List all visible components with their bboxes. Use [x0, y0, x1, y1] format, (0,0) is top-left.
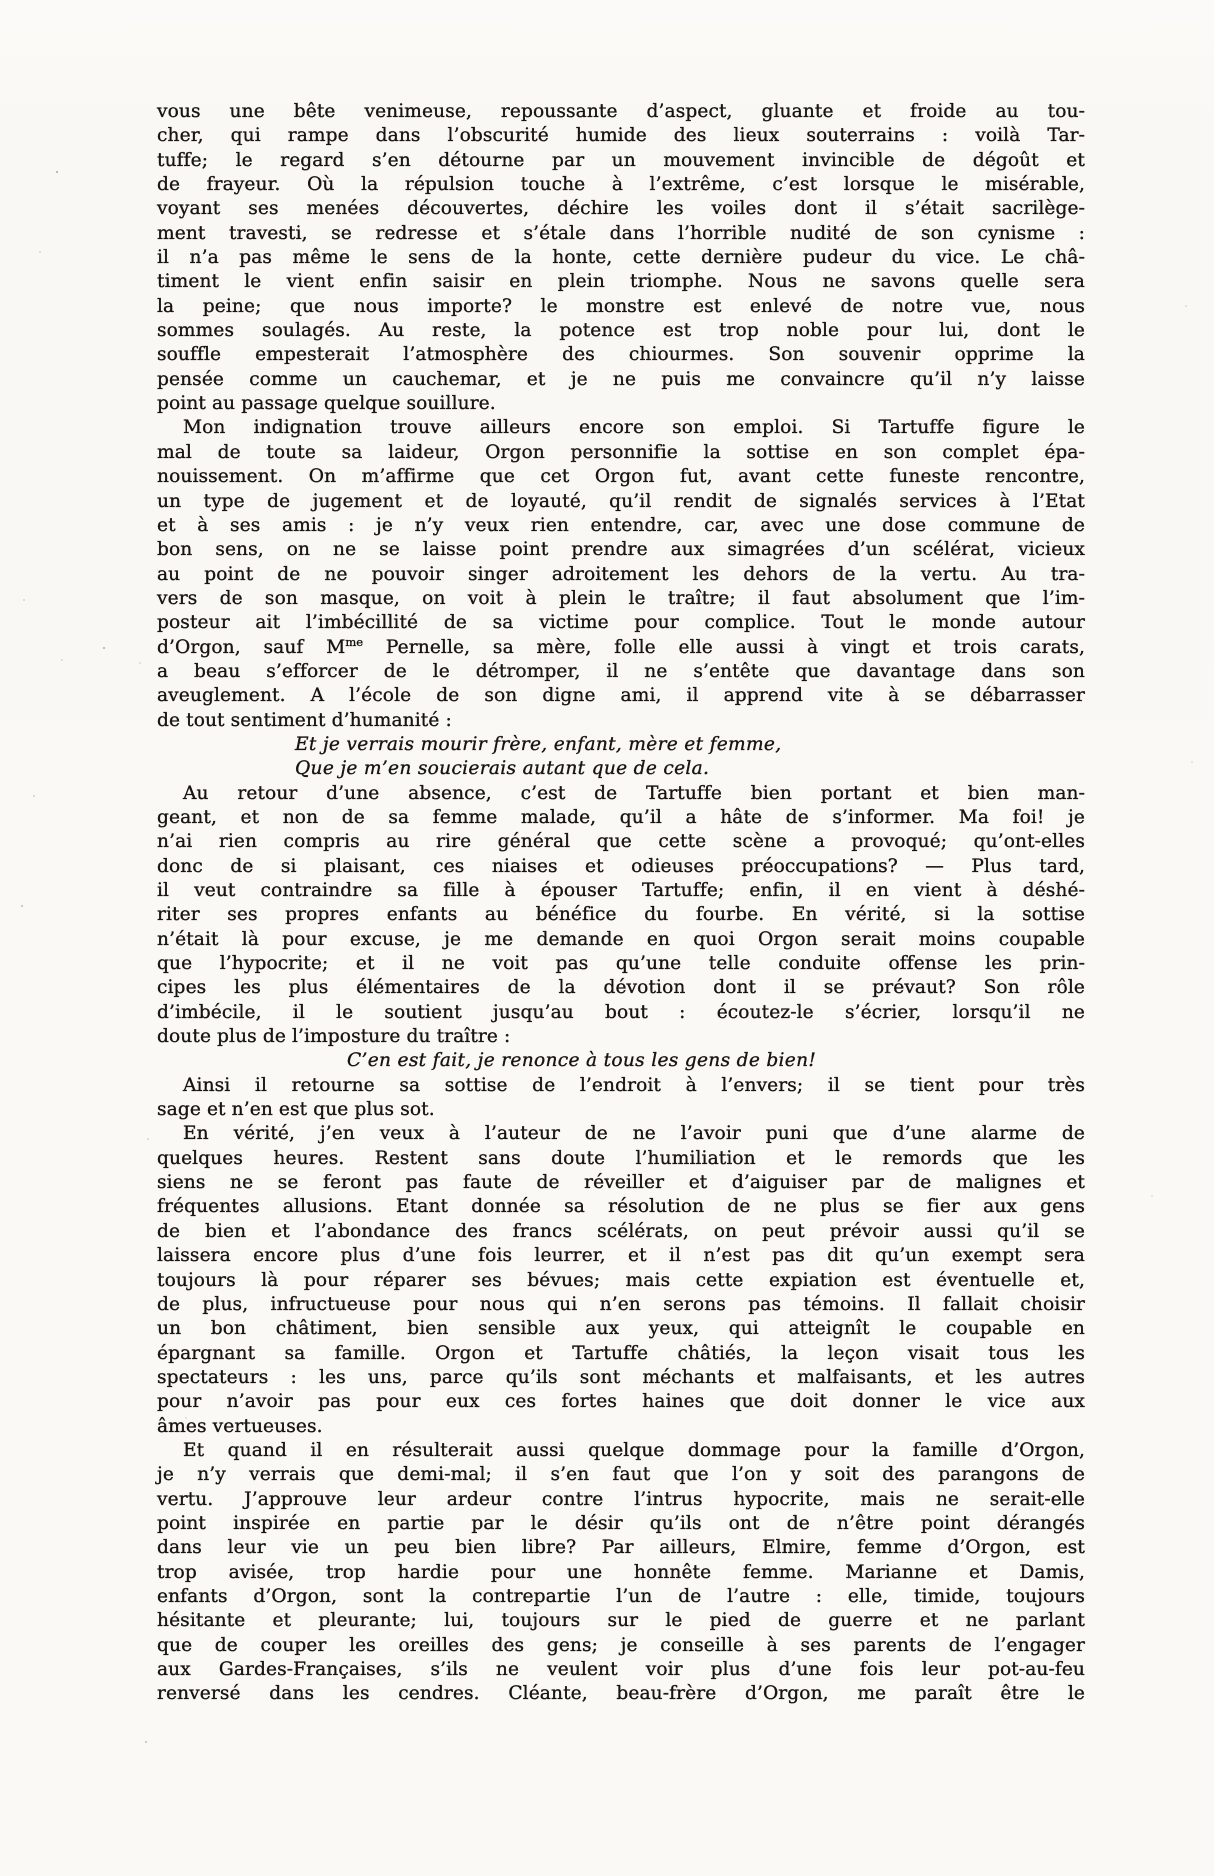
text-line: que de couper les oreilles des gens; je … [157, 1634, 1085, 1658]
text-line: toujours là pour réparer ses bévues; mai… [157, 1269, 1085, 1293]
text-line: vers de son masque, on voit à plein le t… [157, 587, 1085, 611]
text-line: Au retour d’une absence, c’est de Tartuf… [157, 782, 1085, 806]
text-line: de frayeur. Où la répulsion touche à l’e… [157, 173, 1085, 197]
text-line: timent le vient enfin saisir en plein tr… [157, 270, 1085, 294]
text-line: tuffe; le regard s’en détourne par un mo… [157, 149, 1085, 173]
text-line: Et je verrais mourir frère, enfant, mère… [295, 733, 1085, 757]
text-line: posteur ait l’imbécillité de sa victime … [157, 611, 1085, 635]
text-line: fréquentes allusions. Etant donnée sa ré… [157, 1195, 1085, 1219]
text-line: pour n’avoir pas pour eux ces fortes hai… [157, 1390, 1085, 1414]
text-line: de plus, infructueuse pour nous qui n’en… [157, 1293, 1085, 1317]
text-line: Mon indignation trouve ailleurs encore s… [157, 416, 1085, 440]
text-line: spectateurs : les uns, parce qu’ils sont… [157, 1366, 1085, 1390]
verse-quote: Et je verrais mourir frère, enfant, mère… [157, 733, 1085, 782]
text-line: et à ses amis : je n’y veux rien entendr… [157, 514, 1085, 538]
text-line: que l’hypocrite; et il ne voit pas qu’un… [157, 952, 1085, 976]
text-line: laissera encore plus d’une fois leurrer,… [157, 1244, 1085, 1268]
text-line: un bon châtiment, bien sensible aux yeux… [157, 1317, 1085, 1341]
page-text: vous une bête venimeuse, repoussante d’a… [157, 100, 1085, 1707]
text-line: siens ne se feront pas faute de réveille… [157, 1171, 1085, 1195]
text-line: dans leur vie un peu bien libre? Par ail… [157, 1536, 1085, 1560]
paragraph: Au retour d’une absence, c’est de Tartuf… [157, 782, 1085, 1050]
text-line: riter ses propres enfants au bénéfice du… [157, 903, 1085, 927]
text-line: de tout sentiment d’humanité : [157, 709, 1085, 733]
text-line: pensée comme un cauchemar, et je ne puis… [157, 368, 1085, 392]
text-line: nouissement. On m’affirme que cet Orgon … [157, 465, 1085, 489]
text-line: point inspirée en partie par le désir qu… [157, 1512, 1085, 1536]
text-line: enfants d’Orgon, sont la contrepartie l’… [157, 1585, 1085, 1609]
scanned-book-page: { "page": { "type": "scanned-book-page",… [0, 0, 1214, 1876]
text-line: point au passage quelque souillure. [157, 392, 1085, 416]
text-line: souffle empesterait l’atmosphère des chi… [157, 343, 1085, 367]
text-line: cher, qui rampe dans l’obscurité humide … [157, 124, 1085, 148]
text-line: vertu. J’approuve leur ardeur contre l’i… [157, 1488, 1085, 1512]
text-line: d’imbécile, il le soutient jusqu’au bout… [157, 1001, 1085, 1025]
verse-quote: C’en est fait, je renonce à tous les gen… [157, 1049, 1085, 1073]
text-line: trop avisée, trop hardie pour une honnêt… [157, 1561, 1085, 1585]
text-line: a beau s’efforcer de le détromper, il ne… [157, 660, 1085, 684]
text-line: Ainsi il retourne sa sottise de l’endroi… [157, 1074, 1085, 1098]
text-line: au point de ne pouvoir singer adroitemen… [157, 563, 1085, 587]
text-line: renversé dans les cendres. Cléante, beau… [157, 1682, 1085, 1706]
text-line: donc de si plaisant, ces niaises et odie… [157, 855, 1085, 879]
text-line: geant, et non de sa femme malade, qu’il … [157, 806, 1085, 830]
text-line: hésitante et pleurante; lui, toujours su… [157, 1609, 1085, 1633]
text-line: je n’y verrais que demi-mal; il s’en fau… [157, 1463, 1085, 1487]
text-line: n’était là pour excuse, je me demande en… [157, 928, 1085, 952]
text-line: voyant ses menées découvertes, déchire l… [157, 197, 1085, 221]
text-line: aveuglement. A l’école de son digne ami,… [157, 684, 1085, 708]
text-line: doute plus de l’imposture du traître : [157, 1025, 1085, 1049]
text-line: ment travesti, se redresse et s’étale da… [157, 222, 1085, 246]
text-line: mal de toute sa laideur, Orgon personnif… [157, 441, 1085, 465]
text-line: cipes les plus élémentaires de la dévoti… [157, 976, 1085, 1000]
text-line: la peine; que nous importe? le monstre e… [157, 295, 1085, 319]
text-line: épargnant sa famille. Orgon et Tartuffe … [157, 1342, 1085, 1366]
paragraph: Et quand il en résulterait aussi quelque… [157, 1439, 1085, 1707]
text-line: vous une bête venimeuse, repoussante d’a… [157, 100, 1085, 124]
text-line: un type de jugement et de loyauté, qu’il… [157, 490, 1085, 514]
paragraph: Ainsi il retourne sa sottise de l’endroi… [157, 1074, 1085, 1123]
text-line: sommes soulagés. Au reste, la potence es… [157, 319, 1085, 343]
paragraph: En vérité, j’en veux à l’auteur de ne l’… [157, 1122, 1085, 1438]
text-line: il n’a pas même le sens de la honte, cet… [157, 246, 1085, 270]
text-line: Que je m’en soucierais autant que de cel… [295, 757, 1085, 781]
superscript-text: me [345, 634, 363, 648]
paragraph: vous une bête venimeuse, repoussante d’a… [157, 100, 1085, 416]
text-line: aux Gardes-Françaises, s’ils ne veulent … [157, 1658, 1085, 1682]
text-line: n’ai rien compris au rire général que ce… [157, 830, 1085, 854]
text-line: sage et n’en est que plus sot. [157, 1098, 1085, 1122]
paragraph: Mon indignation trouve ailleurs encore s… [157, 416, 1085, 732]
text-line: Et quand il en résulterait aussi quelque… [157, 1439, 1085, 1463]
text-line: quelques heures. Restent sans doute l’hu… [157, 1147, 1085, 1171]
text-line: il veut contraindre sa fille à épouser T… [157, 879, 1085, 903]
text-line: de bien et l’abondance des francs scélér… [157, 1220, 1085, 1244]
text-line: d’Orgon, sauf Mme Pernelle, sa mère, fol… [157, 636, 1085, 660]
text-line: En vérité, j’en veux à l’auteur de ne l’… [157, 1122, 1085, 1146]
text-line: bon sens, on ne se laisse point prendre … [157, 538, 1085, 562]
text-line: C’en est fait, je renonce à tous les gen… [347, 1049, 1085, 1073]
text-line: âmes vertueuses. [157, 1415, 1085, 1439]
